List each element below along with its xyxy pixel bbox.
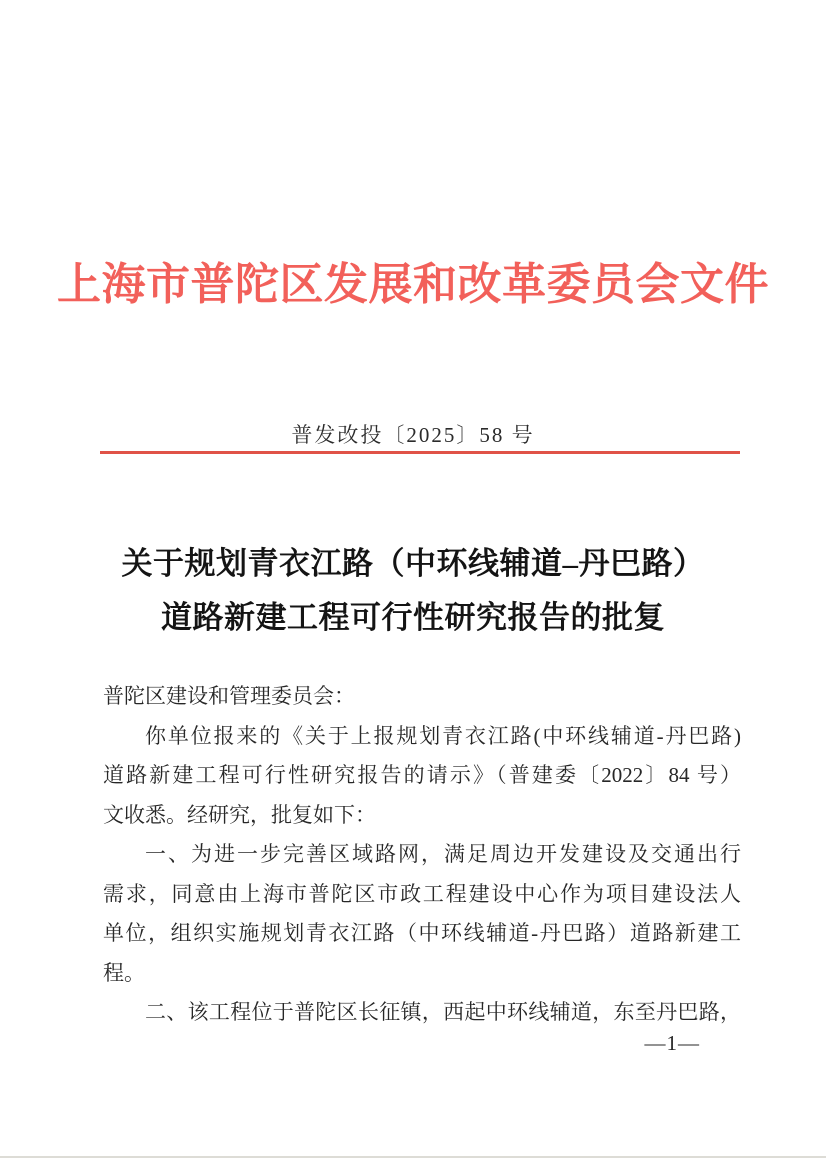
body-line: 一、为进一步完善区域路网，满足周边开发建设及交通出行 <box>103 835 741 875</box>
document-page: 上海市普陀区发展和改革委员会文件 普发改投〔2025〕58 号 关于规划青衣江路… <box>0 0 826 1169</box>
body-line: 单位，组织实施规划青衣江路（中环线辅道-丹巴路）道路新建工 <box>103 914 741 954</box>
body-line: 二、该工程位于普陀区长征镇，西起中环线辅道，东至丹巴路， <box>103 993 741 1033</box>
page-number: —1— <box>645 1031 701 1056</box>
red-divider-line <box>100 451 740 454</box>
body-line: 道路新建工程可行性研究报告的请示》（普建委〔2022〕84 号） <box>103 756 741 796</box>
recipient-line: 普陀区建设和管理委员会： <box>103 677 741 717</box>
agency-letterhead: 上海市普陀区发展和改革委员会文件 <box>0 248 826 312</box>
document-number: 普发改投〔2025〕58 号 <box>0 419 826 449</box>
body-line: 需求，同意由上海市普陀区市政工程建设中心作为项目建设法人 <box>103 875 741 915</box>
body-line: 你单位报来的《关于上报规划青衣江路(中环线辅道-丹巴路) <box>103 717 741 757</box>
document-body: 普陀区建设和管理委员会： 你单位报来的《关于上报规划青衣江路(中环线辅道-丹巴路… <box>103 677 741 1033</box>
document-title: 关于规划青衣江路（中环线辅道–丹巴路） 道路新建工程可行性研究报告的批复 <box>0 537 826 645</box>
scan-edge-line <box>0 1156 826 1158</box>
document-title-line-2: 道路新建工程可行性研究报告的批复 <box>0 591 826 645</box>
body-line: 程。 <box>103 954 741 994</box>
document-title-line-1: 关于规划青衣江路（中环线辅道–丹巴路） <box>0 537 826 591</box>
body-line: 文收悉。经研究，批复如下： <box>103 796 741 836</box>
